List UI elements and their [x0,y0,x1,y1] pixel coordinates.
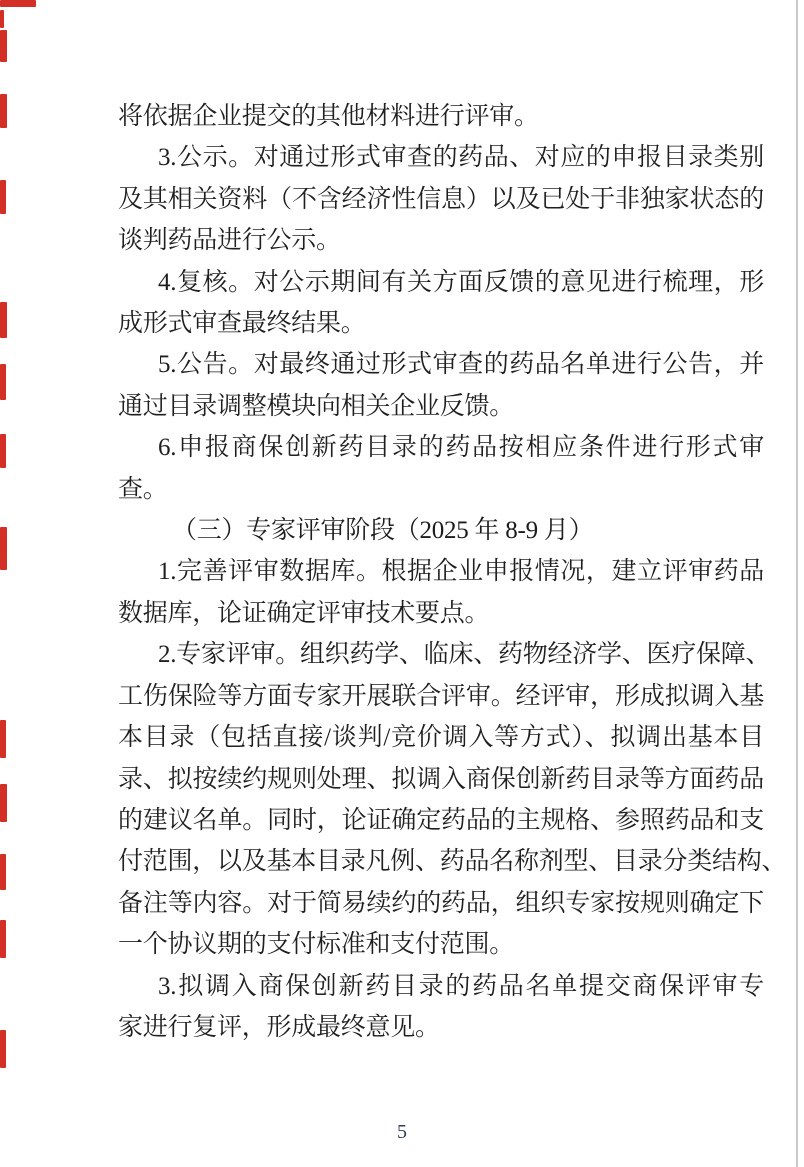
section-heading: （三）专家评审阶段（2025 年 8-9 月） [118,510,764,551]
text-line: 3.拟调入商保创新药目录的药品名单提交商保评审专 [118,966,764,1007]
text-line: 录、拟按续约规则处理、拟调入商保创新药目录等方面药品 [118,759,764,800]
paragraph: 2.专家评审。组织药学、临床、药物经济学、医疗保障、工伤保险等方面专家开展联合评… [118,634,764,965]
paragraph: 4.复核。对公示期间有关方面反馈的意见进行梳理，形成形式审查最终结果。 [118,262,764,345]
paragraph: 1.完善评审数据库。根据企业申报情况，建立评审药品数据库，论证确定评审技术要点。 [118,551,764,634]
text-line: 谈判药品进行公示。 [118,220,764,261]
text-line: 查。 [118,469,764,510]
scan-mark-top-edge [0,0,36,7]
scan-mark-left-edge [0,94,7,128]
body-text: 将依据企业提交的其他材料进行评审。3.公示。对通过形式审查的药品、对应的申报目录… [118,96,764,1048]
text-line: 6.申报商保创新药目录的药品按相应条件进行形式审 [118,427,764,468]
paragraph: 3.拟调入商保创新药目录的药品名单提交商保评审专家进行复评，形成最终意见。 [118,966,764,1049]
scan-mark-left-edge [0,434,6,468]
paragraph: 6.申报商保创新药目录的药品按相应条件进行形式审查。 [118,427,764,510]
text-line: 1.完善评审数据库。根据企业申报情况，建立评审药品 [118,551,764,592]
text-line: 付范围，以及基本目录凡例、药品名称剂型、目录分类结构、 [118,841,764,882]
scan-mark-left-edge [0,30,7,62]
scan-mark-left-edge [0,1030,6,1068]
text-line: 数据库，论证确定评审技术要点。 [118,593,764,634]
text-line: 工伤保险等方面专家开展联合评审。经评审，形成拟调入基 [118,676,764,717]
page-right-edge-line [796,0,798,1167]
text-line: 4.复核。对公示期间有关方面反馈的意见进行梳理，形 [118,262,764,303]
scan-mark-left-edge [0,180,6,214]
scan-mark-left-edge [0,784,7,822]
scan-mark-left-edge [0,302,7,338]
text-line: 备注等内容。对于简易续约的药品，组织专家按规则确定下 [118,883,764,924]
scan-mark-left-edge [0,527,7,570]
document-page: 将依据企业提交的其他材料进行评审。3.公示。对通过形式审查的药品、对应的申报目录… [0,0,804,1167]
text-line: 的建议名单。同时，论证确定药品的主规格、参照药品和支 [118,800,764,841]
text-line: 成形式审查最终结果。 [118,303,764,344]
text-line: 一个协议期的支付标准和支付范围。 [118,924,764,965]
scan-mark-left-edge [0,854,6,890]
text-line: 5.公告。对最终通过形式审查的药品名单进行公告，并 [118,344,764,385]
scan-mark-left-edge [0,920,6,958]
text-line: 3.公示。对通过形式审查的药品、对应的申报目录类别 [118,137,764,178]
text-line: 通过目录调整模块向相关企业反馈。 [118,386,764,427]
scan-mark-left-edge [0,720,6,758]
text-line: 家进行复评，形成最终意见。 [118,1007,764,1048]
scan-mark-left-edge [0,10,4,28]
paragraph: 3.公示。对通过形式审查的药品、对应的申报目录类别及其相关资料（不含经济性信息）… [118,137,764,261]
scan-mark-left-edge [0,364,6,400]
text-line: 将依据企业提交的其他材料进行评审。 [118,96,764,137]
text-line: （三）专家评审阶段（2025 年 8-9 月） [118,510,764,551]
paragraph: 5.公告。对最终通过形式审查的药品名单进行公告，并通过目录调整模块向相关企业反馈… [118,344,764,427]
page-number: 5 [0,1120,804,1144]
paragraph: 将依据企业提交的其他材料进行评审。 [118,96,764,137]
text-line: 及其相关资料（不含经济性信息）以及已处于非独家状态的 [118,179,764,220]
text-line: 本目录（包括直接/谈判/竞价调入等方式）、拟调出基本目 [118,717,764,758]
text-line: 2.专家评审。组织药学、临床、药物经济学、医疗保障、 [118,634,764,675]
